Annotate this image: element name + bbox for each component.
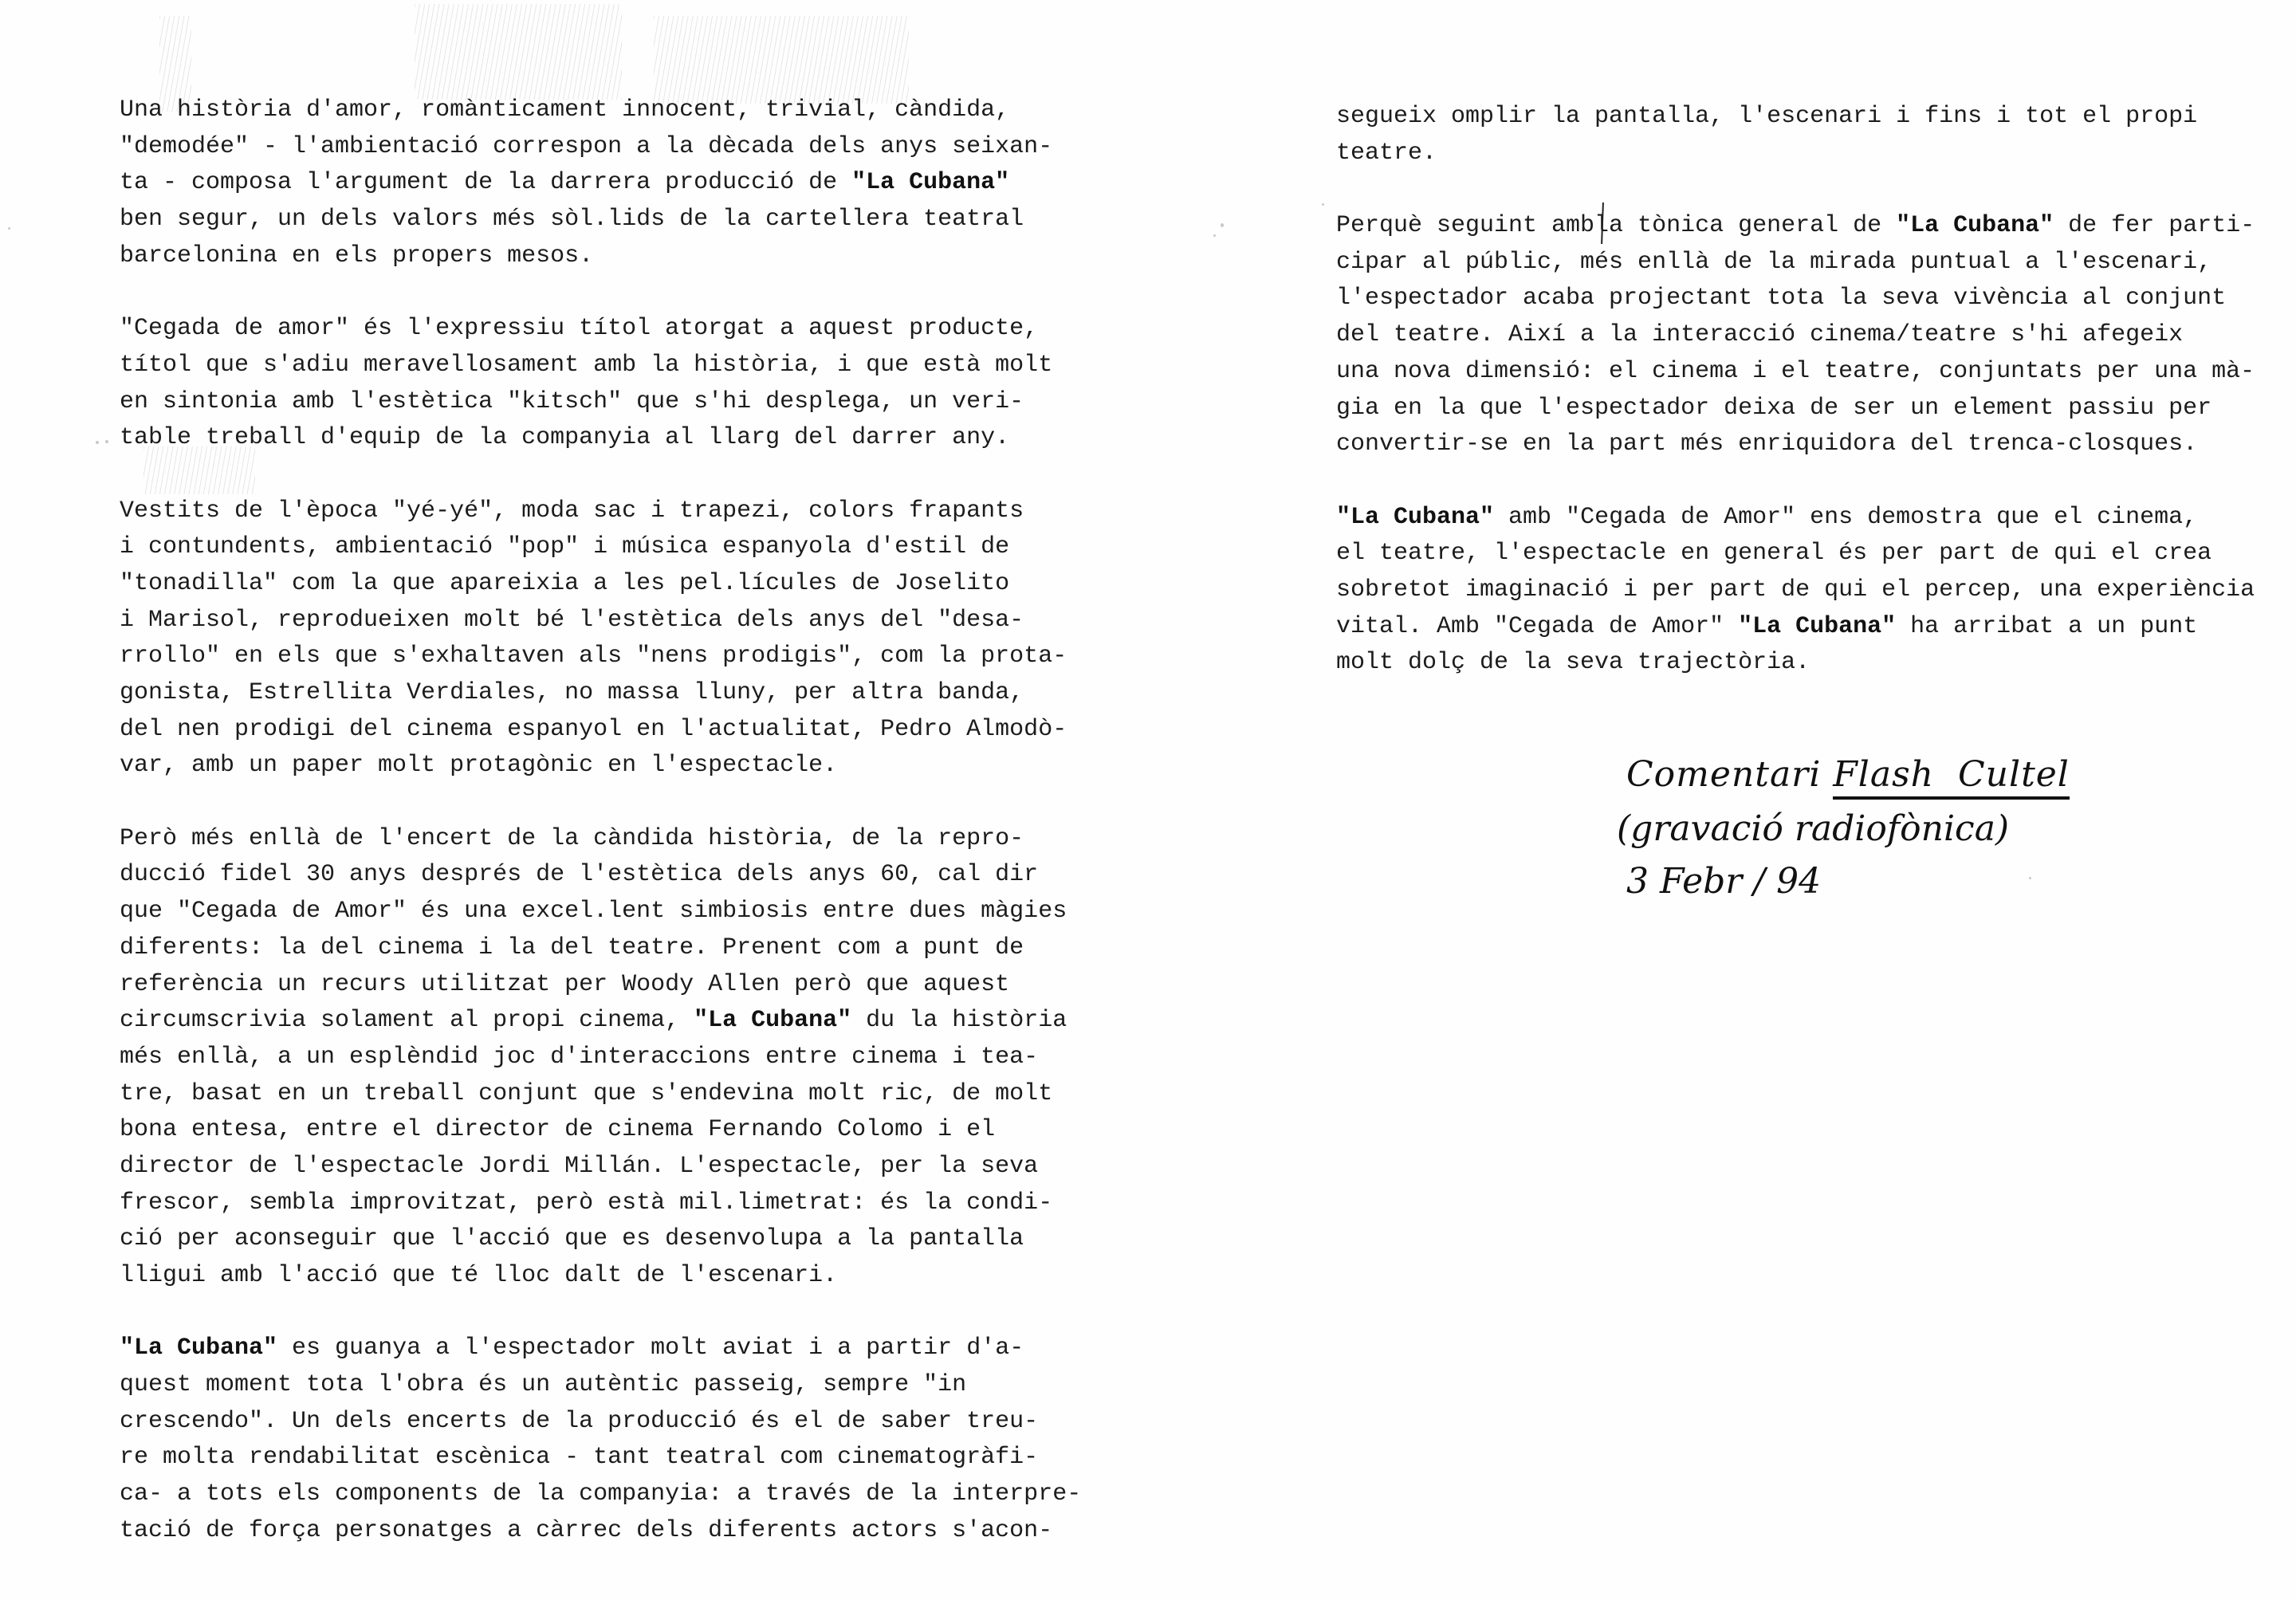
text-line: "La Cubana" es guanya a l'espectador mol…: [120, 1331, 1081, 1367]
text-line: i Marisol, reprodueixen molt bé l'estèti…: [120, 603, 1081, 639]
text-line: ben segur, un dels valors més sòl.lids d…: [120, 202, 1081, 238]
text-line: cipar al públic, més enllà de la mirada …: [1336, 245, 2255, 281]
text-line: tre, basat en un treball conjunt que s'e…: [120, 1076, 1081, 1113]
text-line: títol que s'adiu meravellosament amb la …: [120, 348, 1081, 384]
left-column-text: Una història d'amor, romànticament innoc…: [120, 92, 1081, 1586]
text-line: var, amb un paper molt protagònic en l'e…: [120, 748, 1081, 784]
text-line: "tonadilla" com la que apareixia a les p…: [120, 566, 1081, 603]
text-line: table treball d'equip de la companyia al…: [120, 420, 1081, 457]
text-line: del teatre. Així a la interacció cinema/…: [1336, 317, 2255, 354]
bold-company-name: "La Cubana": [1738, 613, 1896, 640]
text-line: director de l'espectacle Jordi Millán. L…: [120, 1149, 1081, 1185]
text-line: gonista, Estrellita Verdiales, no massa …: [120, 675, 1081, 712]
right-column-text: segueix omplir la pantalla, l'escenari i…: [1336, 99, 2255, 718]
handwritten-flash-cultel: Flash Cultel: [1833, 754, 2070, 800]
left-paragraph: Una història d'amor, romànticament innoc…: [120, 92, 1081, 274]
text-line: que "Cegada de Amor" és una excel.lent s…: [120, 894, 1081, 930]
scan-speck: [96, 441, 99, 444]
text-line: gia en la que l'espectador deixa de ser …: [1336, 391, 2255, 427]
handwritten-note-line-2: (gravació radiofònica): [1617, 808, 2009, 849]
text-line: sobretot imaginació i per part de qui el…: [1336, 572, 2255, 609]
text-line: diferents: la del cinema i la del teatre…: [120, 930, 1081, 967]
scan-speck: [8, 227, 10, 230]
right-paragraph: Perquè seguint ambla tònica general de "…: [1336, 208, 2255, 463]
text-line: tació de força personatges a càrrec dels…: [120, 1513, 1081, 1550]
handwritten-comentari: Comentari: [1626, 754, 1833, 795]
scan-smudge: [654, 16, 909, 104]
text-line: "Cegada de amor" és l'expressiu títol at…: [120, 311, 1081, 348]
text-line: una nova dimensió: el cinema i el teatre…: [1336, 354, 2255, 391]
text-line: Vestits de l'època "yé-yé", moda sac i t…: [120, 493, 1081, 530]
text-line: molt dolç de la seva trajectòria.: [1336, 645, 2255, 682]
bold-company-name: "La Cubana": [1336, 504, 1494, 531]
text-line: "demodée" - l'ambientació correspon a la…: [120, 129, 1081, 166]
scan-speck: [1322, 203, 1324, 206]
scan-speck: [1221, 223, 1224, 227]
scan-speck: [105, 440, 108, 443]
handwritten-note-date: 3 Febr / 94: [1626, 861, 1821, 902]
text-line: més enllà, a un esplèndid joc d'interacc…: [120, 1040, 1081, 1076]
left-paragraph: "La Cubana" es guanya a l'espectador mol…: [120, 1331, 1081, 1549]
right-paragraph: segueix omplir la pantalla, l'escenari i…: [1336, 99, 2255, 171]
text-line: crescendo". Un dels encerts de la produc…: [120, 1404, 1081, 1441]
text-line: Però més enllà de l'encert de la càndida…: [120, 821, 1081, 858]
bold-company-name: "La Cubana": [120, 1335, 277, 1362]
text-line: "La Cubana" amb "Cegada de Amor" ens dem…: [1336, 500, 2255, 537]
text-line: Una història d'amor, romànticament innoc…: [120, 92, 1081, 129]
text-line: ta - composa l'argument de la darrera pr…: [120, 165, 1081, 202]
text-line: del nen prodigi del cinema espanyol en l…: [120, 712, 1081, 749]
text-line: rrollo" en els que s'exhaltaven als "nen…: [120, 639, 1081, 675]
left-paragraph: Però més enllà de l'encert de la càndida…: [120, 821, 1081, 1295]
scan-smudge: [415, 4, 622, 100]
text-line: referència un recurs utilitzat per Woody…: [120, 967, 1081, 1004]
text-line: el teatre, l'espectacle en general és pe…: [1336, 536, 2255, 572]
text-line: frescor, sembla improvitzat, però està m…: [120, 1185, 1081, 1222]
text-line: lligui amb l'acció que té lloc dalt de l…: [120, 1258, 1081, 1295]
text-line: circumscrivia solament al propi cinema, …: [120, 1003, 1081, 1040]
text-line: convertir-se en la part més enriquidora …: [1336, 427, 2255, 463]
text-line: teatre.: [1336, 136, 2255, 172]
text-line: ducció fidel 30 anys després de l'estèti…: [120, 857, 1081, 894]
right-paragraph: "La Cubana" amb "Cegada de Amor" ens dem…: [1336, 500, 2255, 682]
handwritten-note-line-1: Comentari Flash Cultel: [1626, 754, 2070, 795]
text-line: l'espectador acaba projectant tota la se…: [1336, 281, 2255, 317]
left-paragraph: Vestits de l'època "yé-yé", moda sac i t…: [120, 493, 1081, 785]
scanned-page: Una història d'amor, romànticament innoc…: [0, 0, 2296, 1600]
text-line: ció per aconseguir que l'acció que es de…: [120, 1221, 1081, 1258]
text-line: segueix omplir la pantalla, l'escenari i…: [1336, 99, 2255, 136]
bold-company-name: "La Cubana": [851, 169, 1009, 196]
text-line: i contundents, ambientació "pop" i músic…: [120, 529, 1081, 566]
text-line: en sintonia amb l'estètica "kitsch" que …: [120, 384, 1081, 421]
text-line: Perquè seguint ambla tònica general de "…: [1336, 208, 2255, 245]
text-line: re molta rendabilitat escènica - tant te…: [120, 1440, 1081, 1476]
text-line: vital. Amb "Cegada de Amor" "La Cubana" …: [1336, 609, 2255, 646]
left-paragraph: "Cegada de amor" és l'expressiu títol at…: [120, 311, 1081, 457]
scan-speck: [2029, 877, 2031, 879]
text-line: barcelonina en els propers mesos.: [120, 238, 1081, 275]
text-line: bona entesa, entre el director de cinema…: [120, 1112, 1081, 1149]
text-line: quest moment tota l'obra és un autèntic …: [120, 1367, 1081, 1404]
bold-company-name: "La Cubana": [694, 1007, 851, 1034]
scan-speck: [1213, 234, 1216, 237]
bold-company-name: "La Cubana": [1896, 212, 2054, 239]
text-line: ca- a tots els components de la companyi…: [120, 1476, 1081, 1513]
